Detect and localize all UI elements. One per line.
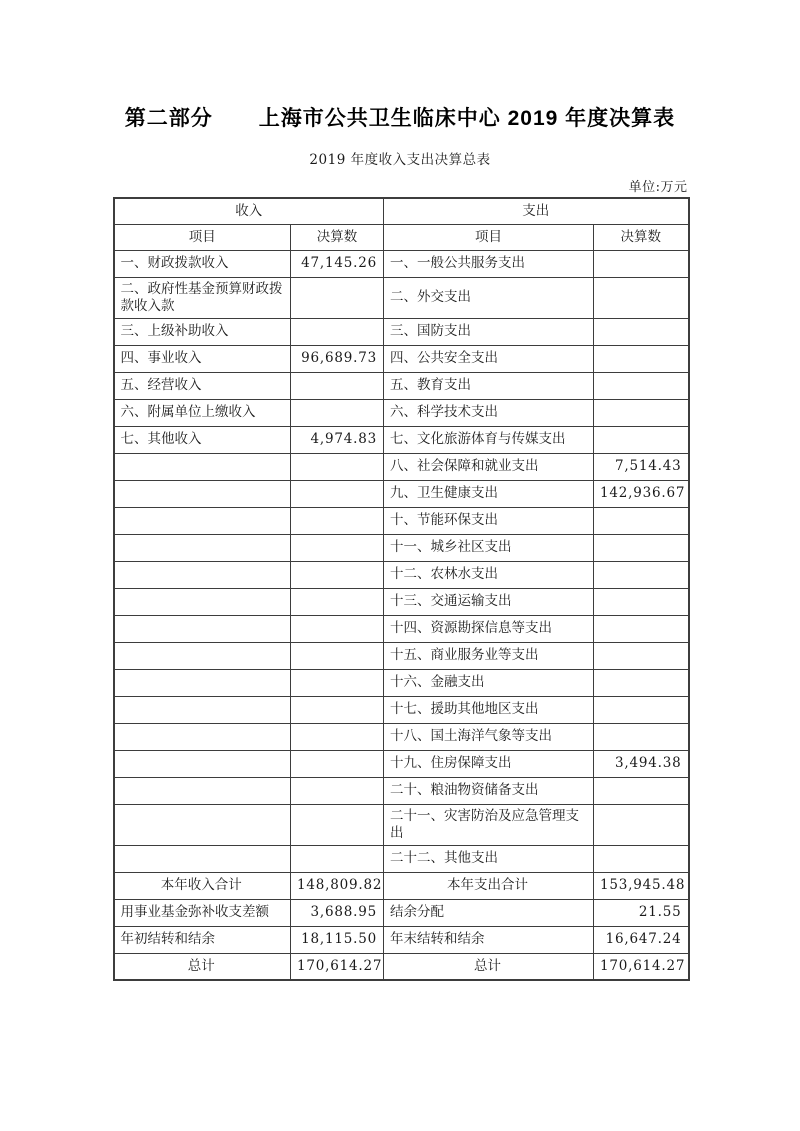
expense-item-column-header: 项目	[384, 224, 594, 250]
expense-item-cell: 十、节能环保支出	[384, 507, 594, 534]
income-amount-cell	[291, 669, 384, 696]
part-label: 第二部分	[125, 102, 213, 132]
table-row: 十一、城乡社区支出	[114, 534, 689, 561]
expense-amount-cell	[594, 723, 689, 750]
expense-amount-cell	[594, 318, 689, 345]
column-header-row: 项目 决算数 项目 决算数	[114, 224, 689, 250]
expense-section-header: 支出	[384, 198, 689, 224]
table-row: 九、卫生健康支出 142,936.67	[114, 480, 689, 507]
table-row: 十七、援助其他地区支出	[114, 696, 689, 723]
table-row: 一、财政拨款收入 47,145.26 一、一般公共服务支出	[114, 250, 689, 277]
expense-amount-cell	[594, 399, 689, 426]
expense-amount-cell	[594, 561, 689, 588]
income-amount-cell	[291, 588, 384, 615]
income-amount-cell: 148,809.82	[291, 872, 384, 899]
table-row: 用事业基金弥补收支差额 3,688.95 结余分配 21.55	[114, 899, 689, 926]
income-item-cell	[114, 750, 291, 777]
table-row: 十、节能环保支出	[114, 507, 689, 534]
income-amount-column-header: 决算数	[291, 224, 384, 250]
table-row: 十二、农林水支出	[114, 561, 689, 588]
income-amount-cell	[291, 750, 384, 777]
expense-item-cell: 十二、农林水支出	[384, 561, 594, 588]
table-row: 二、政府性基金预算财政拨款收入款 二、外交支出	[114, 277, 689, 318]
income-item-cell	[114, 642, 291, 669]
expense-item-cell: 五、教育支出	[384, 372, 594, 399]
income-item-cell	[114, 777, 291, 804]
table-row: 二十、粮油物资储备支出	[114, 777, 689, 804]
expense-amount-cell: 142,936.67	[594, 480, 689, 507]
expense-amount-cell	[594, 250, 689, 277]
income-section-header: 收入	[114, 198, 384, 224]
income-amount-cell: 3,688.95	[291, 899, 384, 926]
expense-item-cell: 七、文化旅游体育与传媒支出	[384, 426, 594, 453]
expense-amount-cell	[594, 669, 689, 696]
document-page: 第二部分 上海市公共卫生临床中心 2019 年度决算表 2019 年度收入支出决…	[0, 0, 800, 1131]
income-amount-cell: 47,145.26	[291, 250, 384, 277]
table-row: 四、事业收入 96,689.73 四、公共安全支出	[114, 345, 689, 372]
income-item-cell: 五、经营收入	[114, 372, 291, 399]
table-row: 十三、交通运输支出	[114, 588, 689, 615]
income-item-cell	[114, 804, 291, 845]
expense-amount-cell	[594, 277, 689, 318]
expense-item-cell: 十四、资源勘探信息等支出	[384, 615, 594, 642]
expense-item-cell: 十七、援助其他地区支出	[384, 696, 594, 723]
expense-item-cell: 十三、交通运输支出	[384, 588, 594, 615]
income-item-cell: 七、其他收入	[114, 426, 291, 453]
income-amount-cell	[291, 318, 384, 345]
income-item-cell	[114, 615, 291, 642]
income-amount-cell	[291, 615, 384, 642]
expense-amount-cell: 153,945.48	[594, 872, 689, 899]
income-amount-cell	[291, 480, 384, 507]
expense-item-cell: 十八、国土海洋气象等支出	[384, 723, 594, 750]
income-amount-cell	[291, 642, 384, 669]
expense-item-cell: 十一、城乡社区支出	[384, 534, 594, 561]
expense-item-cell: 一、一般公共服务支出	[384, 250, 594, 277]
income-amount-cell	[291, 277, 384, 318]
income-amount-cell	[291, 372, 384, 399]
income-amount-cell	[291, 804, 384, 845]
income-amount-cell: 4,974.83	[291, 426, 384, 453]
table-row: 十六、金融支出	[114, 669, 689, 696]
expense-amount-cell	[594, 845, 689, 872]
income-amount-cell	[291, 453, 384, 480]
table-row: 六、附属单位上缴收入 六、科学技术支出	[114, 399, 689, 426]
income-item-column-header: 项目	[114, 224, 291, 250]
expense-amount-cell	[594, 426, 689, 453]
income-amount-cell: 18,115.50	[291, 926, 384, 953]
table-row: 年初结转和结余 18,115.50 年末结转和结余 16,647.24	[114, 926, 689, 953]
table-row: 五、经营收入 五、教育支出	[114, 372, 689, 399]
unit-row: 单位:万元	[113, 176, 688, 195]
income-item-cell	[114, 669, 291, 696]
table-row: 十八、国土海洋气象等支出	[114, 723, 689, 750]
expense-amount-cell	[594, 534, 689, 561]
expense-item-cell: 二十一、灾害防治及应急管理支出	[384, 804, 594, 845]
expense-amount-cell	[594, 588, 689, 615]
table-row: 八、社会保障和就业支出 7,514.43	[114, 453, 689, 480]
expense-item-cell: 总计	[384, 953, 594, 980]
expense-item-cell: 九、卫生健康支出	[384, 480, 594, 507]
expense-item-cell: 年末结转和结余	[384, 926, 594, 953]
income-amount-cell	[291, 399, 384, 426]
table-row: 总计 170,614.27 总计 170,614.27	[114, 953, 689, 980]
income-item-cell	[114, 453, 291, 480]
unit-label: 单位:万元	[629, 180, 688, 195]
expense-item-cell: 十五、商业服务业等支出	[384, 642, 594, 669]
expense-item-cell: 二十、粮油物资储备支出	[384, 777, 594, 804]
expense-item-cell: 八、社会保障和就业支出	[384, 453, 594, 480]
income-amount-cell	[291, 777, 384, 804]
expense-amount-cell: 3,494.38	[594, 750, 689, 777]
income-item-cell	[114, 696, 291, 723]
income-item-cell	[114, 723, 291, 750]
income-item-cell	[114, 534, 291, 561]
expense-amount-cell	[594, 615, 689, 642]
expense-item-cell: 六、科学技术支出	[384, 399, 594, 426]
expense-amount-cell: 170,614.27	[594, 953, 689, 980]
income-item-cell	[114, 480, 291, 507]
expense-amount-cell	[594, 345, 689, 372]
income-amount-cell	[291, 696, 384, 723]
income-item-cell: 二、政府性基金预算财政拨款收入款	[114, 277, 291, 318]
expense-amount-cell	[594, 507, 689, 534]
document-content: 第二部分 上海市公共卫生临床中心 2019 年度决算表 2019 年度收入支出决…	[0, 0, 800, 981]
income-item-cell: 六、附属单位上缴收入	[114, 399, 291, 426]
expense-amount-cell: 7,514.43	[594, 453, 689, 480]
expense-amount-cell	[594, 777, 689, 804]
table-subtitle: 2019 年度收入支出决算总表	[0, 148, 800, 168]
income-amount-cell	[291, 845, 384, 872]
expense-item-cell: 二、外交支出	[384, 277, 594, 318]
expense-amount-cell	[594, 804, 689, 845]
expense-item-cell: 四、公共安全支出	[384, 345, 594, 372]
income-item-cell	[114, 588, 291, 615]
expense-item-cell: 二十二、其他支出	[384, 845, 594, 872]
income-item-cell	[114, 845, 291, 872]
expense-amount-cell: 16,647.24	[594, 926, 689, 953]
income-amount-cell	[291, 507, 384, 534]
table-row: 十五、商业服务业等支出	[114, 642, 689, 669]
table-row: 十四、资源勘探信息等支出	[114, 615, 689, 642]
table-row: 三、上级补助收入 三、国防支出	[114, 318, 689, 345]
expense-amount-cell	[594, 372, 689, 399]
income-amount-cell	[291, 723, 384, 750]
budget-table: 收入 支出 项目 决算数 项目 决算数 一、财政拨款收入 47,145.26 一…	[113, 197, 690, 981]
expense-amount-cell	[594, 642, 689, 669]
income-item-cell: 年初结转和结余	[114, 926, 291, 953]
table-row: 本年收入合计 148,809.82 本年支出合计 153,945.48	[114, 872, 689, 899]
income-amount-cell	[291, 534, 384, 561]
expense-item-cell: 十六、金融支出	[384, 669, 594, 696]
document-title: 第二部分 上海市公共卫生临床中心 2019 年度决算表	[0, 102, 800, 132]
expense-item-cell: 结余分配	[384, 899, 594, 926]
section-header-row: 收入 支出	[114, 198, 689, 224]
expense-amount-cell: 21.55	[594, 899, 689, 926]
income-amount-cell	[291, 561, 384, 588]
budget-table-head: 收入 支出 项目 决算数 项目 决算数	[114, 198, 689, 250]
expense-item-cell: 十九、住房保障支出	[384, 750, 594, 777]
income-item-cell: 四、事业收入	[114, 345, 291, 372]
table-row: 二十一、灾害防治及应急管理支出	[114, 804, 689, 845]
table-row: 七、其他收入 4,974.83 七、文化旅游体育与传媒支出	[114, 426, 689, 453]
expense-amount-column-header: 决算数	[594, 224, 689, 250]
income-amount-cell: 96,689.73	[291, 345, 384, 372]
table-row: 十九、住房保障支出 3,494.38	[114, 750, 689, 777]
income-item-cell	[114, 561, 291, 588]
income-item-cell: 用事业基金弥补收支差额	[114, 899, 291, 926]
income-item-cell: 总计	[114, 953, 291, 980]
title-text: 上海市公共卫生临床中心 2019 年度决算表	[259, 102, 675, 132]
expense-item-cell: 本年支出合计	[384, 872, 594, 899]
income-amount-cell: 170,614.27	[291, 953, 384, 980]
expense-item-cell: 三、国防支出	[384, 318, 594, 345]
table-row: 二十二、其他支出	[114, 845, 689, 872]
income-item-cell	[114, 507, 291, 534]
budget-table-body: 一、财政拨款收入 47,145.26 一、一般公共服务支出 二、政府性基金预算财…	[114, 250, 689, 980]
income-item-cell: 一、财政拨款收入	[114, 250, 291, 277]
income-item-cell: 本年收入合计	[114, 872, 291, 899]
income-item-cell: 三、上级补助收入	[114, 318, 291, 345]
expense-amount-cell	[594, 696, 689, 723]
table-wrapper: 单位:万元 收入 支出 项目 决算数 项目	[113, 176, 688, 981]
